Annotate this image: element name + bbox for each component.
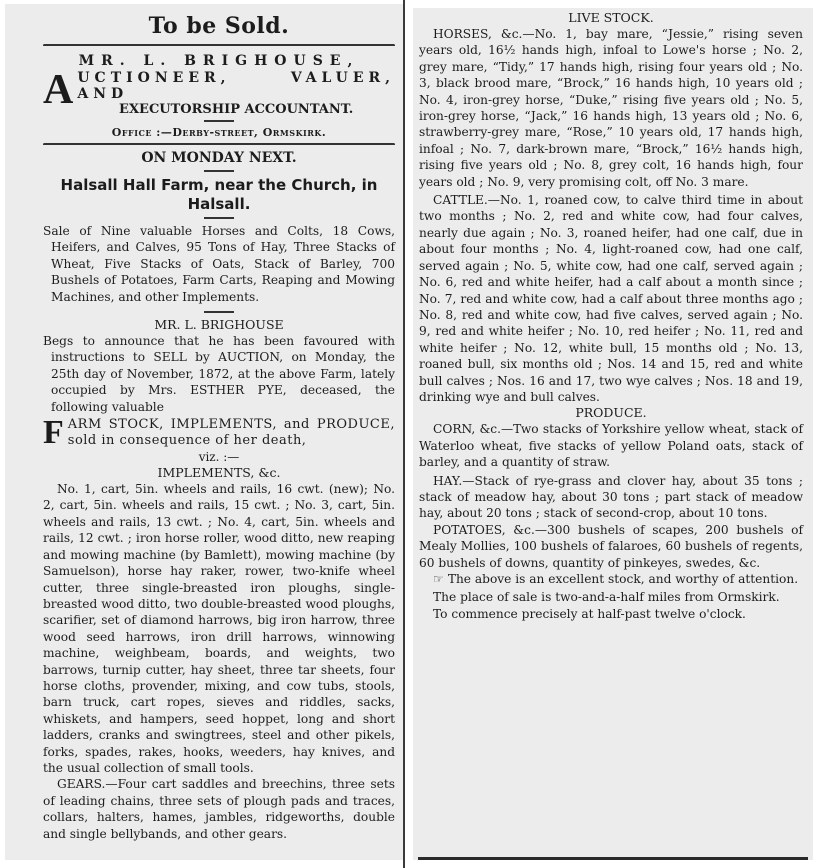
auctioneer-name: MR. L. BRIGHOUSE, [43, 52, 395, 70]
hay-text: HAY.—Stack of rye-grass and clover hay, … [419, 473, 803, 522]
masthead-rule [43, 44, 395, 47]
sale-date-heading: ON MONDAY NEXT. [43, 149, 395, 167]
implements-text: No. 1, cart, 5in. wheels and rails, 16 c… [43, 481, 395, 776]
venue-heading: Halsall Hall Farm, near the Church, in H… [43, 176, 395, 214]
divider [204, 217, 234, 219]
office-rule [43, 143, 395, 146]
divider [204, 311, 234, 313]
gears-text: GEARS.—Four cart saddles and breechins, … [43, 776, 395, 842]
masthead-title: To be Sold. [43, 12, 395, 40]
newspaper-page: To be Sold. MR. L. BRIGHOUSE, A UCTIONEE… [0, 0, 826, 868]
viz-label: viz. :— [43, 449, 395, 465]
commence-time-text: To commence precisely at half-past twelv… [419, 606, 803, 622]
sale-summary: Sale of Nine valuable Horses and Colts, … [43, 223, 395, 305]
announcement-text: Begs to announce that he has been favour… [43, 333, 395, 415]
place-of-sale-text: The place of sale is two-and-a-half mile… [419, 589, 803, 605]
farm-stock-text: ARM STOCK, IMPLEMENTS, and PRODUCE, sold… [68, 417, 395, 449]
pointing-hand-icon: ☞ [433, 572, 444, 586]
produce-heading: PRODUCE. [419, 405, 803, 421]
divider [204, 170, 234, 172]
divider [204, 120, 234, 122]
auctioneer-title-block: A UCTIONEER, VALUER, AND EXECUTORSHIP AC… [43, 70, 395, 117]
live-stock-heading: LIVE STOCK. [419, 10, 803, 26]
corn-text: CORN, &c.—Two stacks of Yorkshire yellow… [419, 421, 803, 470]
auctioneer-title-line2: EXECUTORSHIP ACCOUNTANT. [77, 102, 395, 117]
bottom-rule [418, 857, 808, 860]
office-address: Office :—Derby-street, Ormskirk. [43, 126, 395, 139]
excellent-text: The above is an excellent stock, and wor… [448, 572, 798, 586]
dropcap-f: F [43, 417, 64, 449]
potatoes-text: POTATOES, &c.—300 bushels of scapes, 200… [419, 522, 803, 571]
farm-stock-block: F ARM STOCK, IMPLEMENTS, and PRODUCE, so… [43, 417, 395, 449]
auctioneer-title-line1: UCTIONEER, VALUER, AND [77, 70, 395, 102]
dropcap-a: A [43, 70, 73, 110]
implements-heading: IMPLEMENTS, &c. [43, 465, 395, 481]
announcer-heading: MR. L. BRIGHOUSE [43, 317, 395, 333]
excellent-notice: ☞ The above is an excellent stock, and w… [419, 571, 803, 587]
right-column: LIVE STOCK. HORSES, &c.—No. 1, bay mare,… [413, 8, 813, 860]
column-divider [403, 0, 405, 868]
horses-text: HORSES, &c.—No. 1, bay mare, “Jessie,” r… [419, 26, 803, 190]
cattle-text: CATTLE.—No. 1, roaned cow, to calve thir… [419, 192, 803, 405]
left-column: To be Sold. MR. L. BRIGHOUSE, A UCTIONEE… [5, 4, 403, 860]
